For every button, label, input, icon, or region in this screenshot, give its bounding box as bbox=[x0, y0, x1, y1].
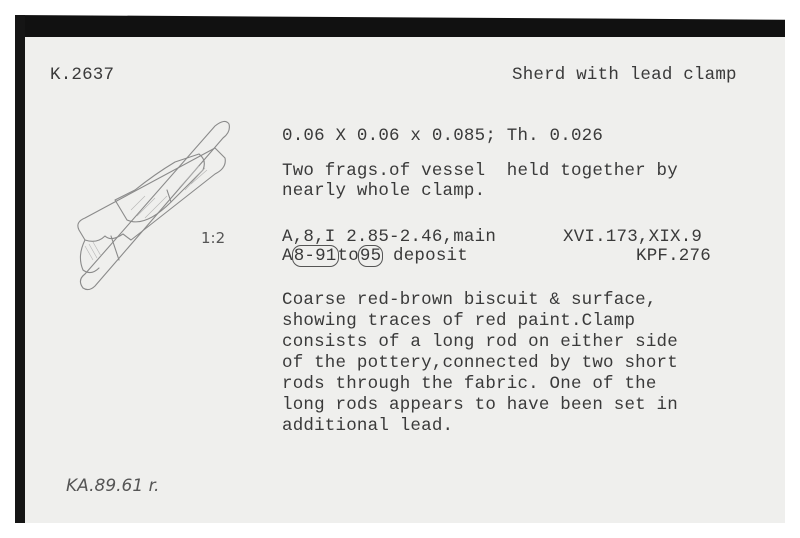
description-line: Coarse red-brown biscuit & surface, bbox=[282, 291, 678, 310]
description-line: additional lead. bbox=[282, 417, 678, 436]
description-line: consists of a long rod on either side bbox=[282, 333, 678, 352]
pottery-sherd-with-clamp-drawing-icon bbox=[75, 110, 245, 300]
description-line: of the pottery,connected by two short bbox=[282, 354, 678, 373]
circled-number: 95 bbox=[358, 245, 383, 267]
object-title: Sherd with lead clamp bbox=[512, 66, 737, 85]
references-line: XVI.173,XIX.9 bbox=[563, 228, 702, 247]
dimensions: 0.06 X 0.06 x 0.085; Th. 0.026 bbox=[282, 127, 603, 146]
findspot-to: to bbox=[338, 246, 359, 266]
scan-border-left bbox=[15, 15, 25, 523]
findspot-line: A8-91to95 deposit bbox=[282, 247, 468, 266]
description-line: long rods appears to have been set in bbox=[282, 396, 678, 415]
summary-line: Two frags.of vessel held together by bbox=[282, 162, 678, 181]
description-block: Coarse red-brown biscuit & surface, show… bbox=[282, 291, 678, 436]
handwritten-note: KA.89.61 r. bbox=[66, 476, 159, 496]
references-line: KPF.276 bbox=[636, 247, 711, 266]
findspot-suffix: deposit bbox=[382, 246, 468, 266]
sketch-scale-note: 1:2 bbox=[201, 229, 225, 247]
description-line: showing traces of red paint.Clamp bbox=[282, 312, 678, 331]
catalog-number: K.2637 bbox=[50, 66, 114, 85]
description-line: rods through the fabric. One of the bbox=[282, 375, 678, 394]
summary-line: nearly whole clamp. bbox=[282, 182, 485, 201]
circled-range: 8-91 bbox=[292, 245, 339, 267]
